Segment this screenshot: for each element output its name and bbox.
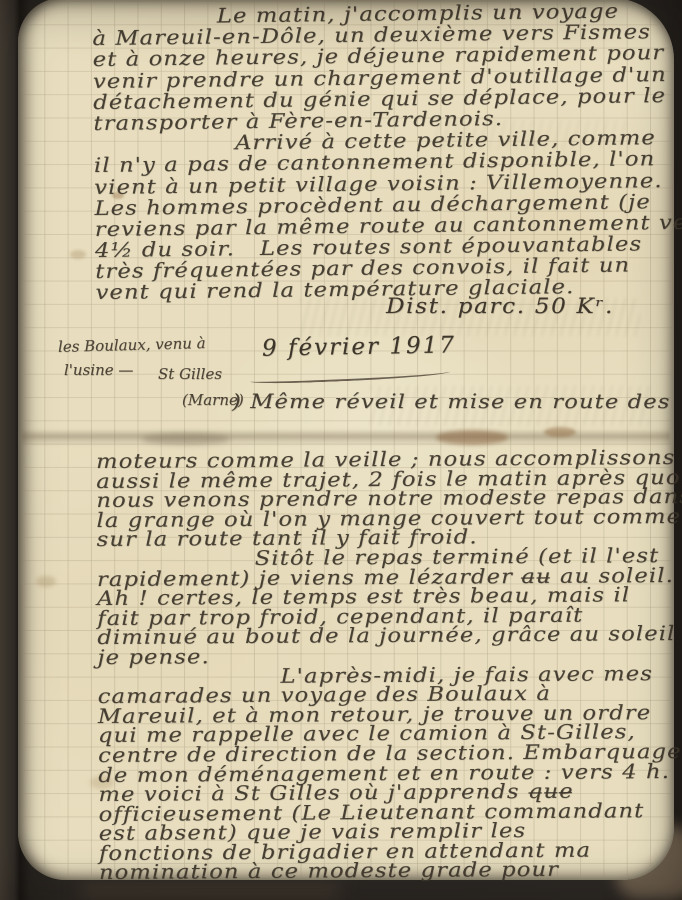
- diary-entry-top-text: Le matin, j'accomplis un voyageà Mareuil…: [92, 0, 642, 302]
- distance-note: Dist. parc. 50 Kʳ.: [386, 294, 614, 318]
- ink-stain: [142, 433, 230, 445]
- manuscript-line: nomination à ce modeste grade pour: [99, 856, 682, 880]
- diary-entry-bottom-text: moteurs comme la veille ; nous accomplis…: [96, 445, 626, 880]
- ink-stain: [436, 430, 508, 445]
- margin-place: les Boulaux, venu à: [58, 334, 206, 356]
- ink-stain: [70, 250, 86, 259]
- entry-date: 9 février 1917: [262, 332, 456, 361]
- margin-destination: St Gilles: [158, 365, 222, 383]
- margin-sub-place: l'usine —: [64, 361, 133, 379]
- ink-stain: [544, 427, 576, 437]
- entry-opening-line: ) Même réveil et mise en route des: [232, 389, 671, 413]
- notebook-scan: Le matin, j'accomplis un voyageà Mareuil…: [0, 0, 682, 900]
- ink-stain: [36, 576, 56, 587]
